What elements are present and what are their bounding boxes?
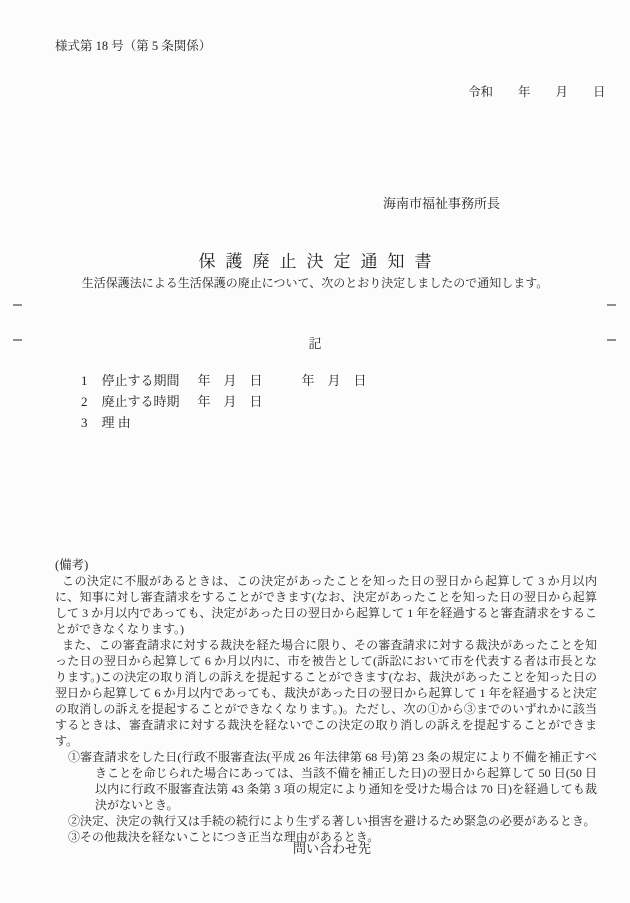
remarks-paragraph-appeal: この決定に不服があるときは、この決定があったことを知った日の翌日から起算して 3… [55, 573, 597, 637]
item-date-fields: 年 月 日 [198, 391, 263, 410]
issuer-name: 海南市福祉事務所長 [383, 193, 500, 212]
item-number: 3 [81, 415, 88, 431]
ki-section-heading: 記 [0, 333, 630, 352]
remarks-heading: (備考) [55, 557, 597, 573]
intro-sentence: 生活保護法による生活保護の廃止について、次のとおり決定しましたので通知します。 [0, 274, 630, 291]
remarks-paragraph-lawsuit: また、この審査請求に対する裁決を経た場合に限り、その審査請求に対する裁決があった… [55, 637, 597, 749]
remarks-list-item-1: ①審査請求をした日(行政不服審査法(平成 26 年法律第 68 号)第 23 条… [55, 749, 597, 813]
remarks-section: (備考) この決定に不服があるときは、この決定があったことを知った日の翌日から起… [55, 557, 597, 845]
document-title: 保護廃止決定通知書 [0, 247, 630, 272]
form-number: 様式第 18 号（第 5 条関係） [55, 36, 211, 54]
notice-document-page: 様式第 18 号（第 5 条関係） 令和 年 月 日 海南市福祉事務所長 保護廃… [0, 0, 630, 903]
contact-heading: 問い合わせ先 [17, 838, 630, 857]
issue-date-line: 令和 年 月 日 [468, 82, 606, 100]
item-label: 理 由 [102, 412, 131, 431]
fold-mark-left-top [13, 304, 22, 306]
remarks-list-item-2: ②決定、決定の執行又は手続の続行により生ずる著しい損害を避けるため緊急の必要があ… [55, 813, 597, 829]
item-row-reason: 3理 由 [68, 396, 149, 447]
fold-mark-right-top [607, 304, 616, 306]
